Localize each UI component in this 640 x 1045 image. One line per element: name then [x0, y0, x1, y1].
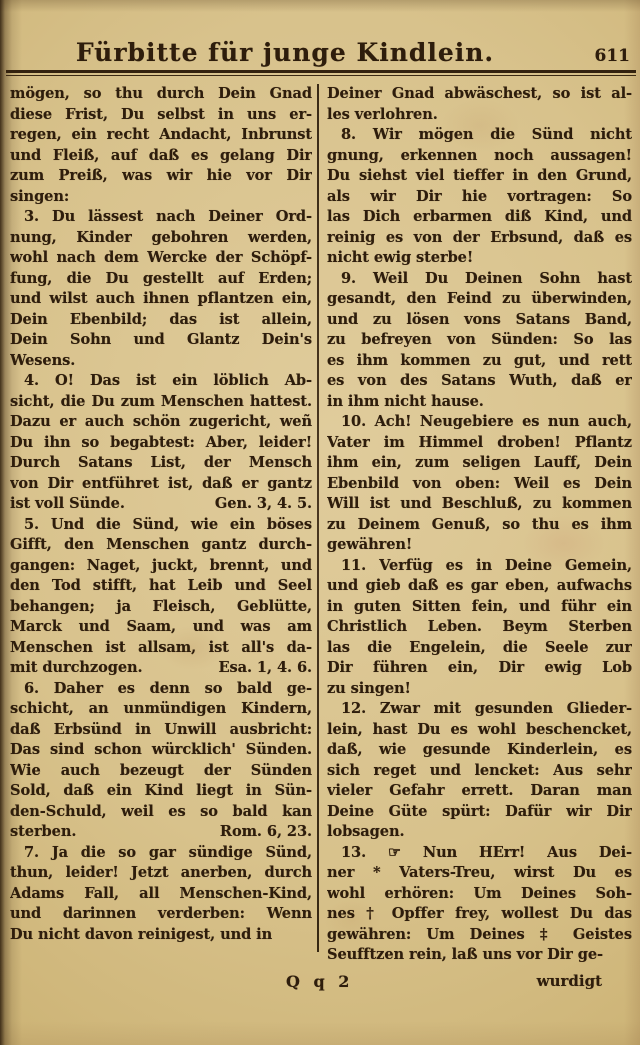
text-line: fung, die Du gestellt auf Erden; — [10, 269, 312, 290]
text-line: zu befreyen von Sünden: So las — [327, 330, 632, 351]
text-line: 11. Verfüg es in Deine Gemein, — [327, 556, 632, 577]
text-line: behangen; ja Fleisch, Geblütte, — [10, 597, 312, 618]
text-line: 7. Ja die so gar sündige Sünd, — [10, 843, 312, 864]
text-line: 13. ☞ Nun HErr! Aus Dei- — [327, 843, 632, 864]
page-number: 611 — [595, 46, 631, 66]
text-line: wohl nach dem Wercke der Schöpf- — [10, 248, 312, 269]
text-line: Will ist und Beschluß, zu kommen — [327, 494, 632, 515]
text-line: diese Frist, Du selbst in uns er- — [10, 105, 312, 126]
text-line: nung, Kinder gebohren werden, — [10, 228, 312, 249]
text-line: Du ihn so begabtest: Aber, leider! — [10, 433, 312, 454]
text-line: gnung, erkennen noch aussagen! — [327, 146, 632, 167]
paragraph: 11. Verfüg es in Deine Gemein,und gieb d… — [327, 556, 632, 700]
text-line: Dazu er auch schön zugericht, weñ — [10, 412, 312, 433]
text-line: wohl erhören: Um Deines Soh- — [327, 884, 632, 905]
scripture-reference: Rom. 6, 23. — [220, 822, 312, 843]
paragraph: 3. Du lässest nach Deiner Ord-nung, Kind… — [10, 207, 312, 371]
text-line: daß, wie gesunde Kinderlein, es — [327, 740, 632, 761]
header-rule-thick — [6, 70, 636, 73]
text-line-text: ist voll Sünde. — [10, 494, 125, 515]
text-line: singen: — [10, 187, 312, 208]
left-column: mögen, so thu durch Dein Gnaddiese Frist… — [10, 84, 312, 945]
signature-mark: Q q 2 — [286, 972, 353, 991]
text-line: vieler Gefahr errett. Daran man — [327, 781, 632, 802]
text-line: 6. Daher es denn so bald ge- — [10, 679, 312, 700]
text-line: Gifft, den Menschen gantz durch- — [10, 535, 312, 556]
text-line: Durch Satans List, der Mensch — [10, 453, 312, 474]
text-line: 4. O! Das ist ein löblich Ab- — [10, 371, 312, 392]
text-line: ner * Vaters-Treu, wirst Du es — [327, 863, 632, 884]
text-line: den Tod stifft, hat Leib und Seel — [10, 576, 312, 597]
text-line-text: sterben. — [10, 822, 76, 843]
text-line: Dir führen ein, Dir ewig Lob — [327, 658, 632, 679]
text-line: Sold, daß ein Kind liegt in Sün- — [10, 781, 312, 802]
paragraph: 8. Wir mögen die Sünd nichtgnung, erkenn… — [327, 125, 632, 269]
text-line: Du nicht davon reinigest, und in — [10, 925, 312, 946]
text-line: es von des Satans Wuth, daß er — [327, 371, 632, 392]
text-line: 5. Und die Sünd, wie ein böses — [10, 515, 312, 536]
text-line: lobsagen. — [327, 822, 632, 843]
text-line: Seufftzen rein, laß uns vor Dir ge- — [327, 945, 632, 966]
text-line: 9. Weil Du Deinen Sohn hast — [327, 269, 632, 290]
text-line: reinig es von der Erbsund, daß es — [327, 228, 632, 249]
paragraph: 13. ☞ Nun HErr! Aus Dei-ner * Vaters-Tre… — [327, 843, 632, 966]
text-line: gewähren! — [327, 535, 632, 556]
text-line-text: mit durchzogen. — [10, 658, 143, 679]
text-line: den-Schuld, weil es so bald kan — [10, 802, 312, 823]
text-line: von Dir entführet ist, daß er gantz — [10, 474, 312, 495]
paragraph: 7. Ja die so gar sündige Sünd,thun, leid… — [10, 843, 312, 946]
text-line: lein, hast Du es wohl beschencket, — [327, 720, 632, 741]
text-line: mit durchzogen.Esa. 1, 4. 6. — [10, 658, 312, 679]
paragraph: 12. Zwar mit gesunden Glieder-lein, hast… — [327, 699, 632, 843]
text-line: Vater im Himmel droben! Pflantz — [327, 433, 632, 454]
text-line: 8. Wir mögen die Sünd nicht — [327, 125, 632, 146]
text-line: Menschen ist allsam, ist all's da- — [10, 638, 312, 659]
text-line: zu singen! — [327, 679, 632, 700]
paragraph: 10. Ach! Neugebiere es nun auch,Vater im… — [327, 412, 632, 556]
text-line: sicht, die Du zum Menschen hattest. — [10, 392, 312, 413]
text-line: und darinnen verderben: Wenn — [10, 904, 312, 925]
paragraph: 4. O! Das ist ein löblich Ab-sicht, die … — [10, 371, 312, 515]
text-line: Dein Ebenbild; das ist allein, — [10, 310, 312, 331]
text-line: Dein Sohn und Glantz Dein's — [10, 330, 312, 351]
text-line: Du siehst viel tieffer in den Grund, — [327, 166, 632, 187]
scripture-reference: Esa. 1, 4. 6. — [218, 658, 312, 679]
text-line: und zu lösen vons Satans Band, — [327, 310, 632, 331]
text-line: Das sind schon würcklich' Sünden. — [10, 740, 312, 761]
text-line: 10. Ach! Neugebiere es nun auch, — [327, 412, 632, 433]
text-line: in guten Sitten fein, und führ ein — [327, 597, 632, 618]
text-line: daß Erbsünd in Unwill ausbricht: — [10, 720, 312, 741]
text-line: und gieb daß es gar eben, aufwachs — [327, 576, 632, 597]
text-line: las Dich erbarmen diß Kind, und — [327, 207, 632, 228]
paragraph: 5. Und die Sünd, wie ein bösesGifft, den… — [10, 515, 312, 679]
catchword: wurdigt — [537, 972, 602, 990]
text-line: und Fleiß, auf daß es gelang Dir — [10, 146, 312, 167]
text-line: les verlohren. — [327, 105, 632, 126]
page-title: Fürbitte für junge Kindlein. — [0, 38, 570, 67]
text-line: sich reget und lencket: Aus sehr — [327, 761, 632, 782]
column-divider — [317, 84, 319, 952]
text-line: Deiner Gnad abwäschest, so ist al- — [327, 84, 632, 105]
text-line: zum Preiß, was wir hie vor Dir — [10, 166, 312, 187]
text-line: Wie auch bezeugt der Sünden — [10, 761, 312, 782]
text-line: gesandt, den Feind zu überwinden, — [327, 289, 632, 310]
text-line: ist voll Sünde.Gen. 3, 4. 5. — [10, 494, 312, 515]
text-line: zu Deinem Genuß, so thu es ihm — [327, 515, 632, 536]
text-line: thun, leider! Jetzt anerben, durch — [10, 863, 312, 884]
text-line: 12. Zwar mit gesunden Glieder- — [327, 699, 632, 720]
text-line: gewähren: Um Deines ‡ Geistes — [327, 925, 632, 946]
text-line: Marck und Saam, und was am — [10, 617, 312, 638]
scripture-reference: Gen. 3, 4. 5. — [215, 494, 312, 515]
right-column: Deiner Gnad abwäschest, so ist al-les ve… — [327, 84, 632, 966]
text-line: und wilst auch ihnen pflantzen ein, — [10, 289, 312, 310]
text-line: in ihm nicht hause. — [327, 392, 632, 413]
text-line: Deine Güte spürt: Dafür wir Dir — [327, 802, 632, 823]
text-line: als wir Dir hie vortragen: So — [327, 187, 632, 208]
text-line: Adams Fall, all Menschen-Kind, — [10, 884, 312, 905]
text-line: sterben.Rom. 6, 23. — [10, 822, 312, 843]
paragraph: 9. Weil Du Deinen Sohn hastgesandt, den … — [327, 269, 632, 413]
text-line: 3. Du lässest nach Deiner Ord- — [10, 207, 312, 228]
text-line: Wesens. — [10, 351, 312, 372]
text-line: nicht ewig sterbe! — [327, 248, 632, 269]
text-line: ihm ein, zum seligen Lauff, Dein — [327, 453, 632, 474]
text-line: Christlich Leben. Beym Sterben — [327, 617, 632, 638]
paragraph: Deiner Gnad abwäschest, so ist al-les ve… — [327, 84, 632, 125]
header-rule-thin — [6, 75, 636, 76]
text-line: Ebenbild von oben: Weil es Dein — [327, 474, 632, 495]
text-line: gangen: Naget, juckt, brennt, und — [10, 556, 312, 577]
text-line: mögen, so thu durch Dein Gnad — [10, 84, 312, 105]
paragraph: 6. Daher es denn so bald ge-schicht, an … — [10, 679, 312, 843]
text-line: las die Engelein, die Seele zur — [327, 638, 632, 659]
paragraph: mögen, so thu durch Dein Gnaddiese Frist… — [10, 84, 312, 207]
text-line: regen, ein recht Andacht, Inbrunst — [10, 125, 312, 146]
text-line: nes † Opffer frey, wollest Du das — [327, 904, 632, 925]
text-line: schicht, an unmündigen Kindern, — [10, 699, 312, 720]
text-line: es ihm kommen zu gut, und rett — [327, 351, 632, 372]
